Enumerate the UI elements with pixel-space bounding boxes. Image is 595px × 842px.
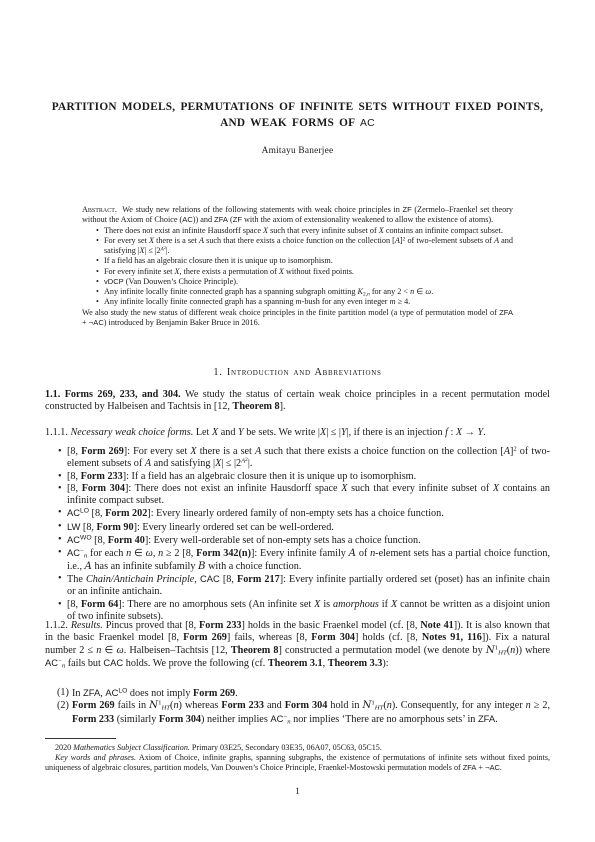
list-item-text: Any infinite locally finite connected gr… (104, 287, 513, 297)
list-item-text: LW [8, Form 90]: Every linearly ordered … (67, 521, 550, 534)
abstract-bullet-item: •vDCP (Van Douwen’s Choice Principle). (82, 277, 513, 287)
results-enumerated-list: (1)In ZFA, ACLO does not imply Form 269.… (45, 687, 550, 726)
list-item-text: ACLO [8, Form 202]: Every linearly order… (67, 507, 550, 520)
list-marker: • (58, 534, 67, 546)
list-item-text: For every infinite set X, there exists a… (104, 267, 513, 277)
list-marker: • (96, 236, 104, 246)
abstract-bullet-item: •Any infinite locally finite connected g… (82, 287, 513, 297)
choice-form-item: •ACWO [8, Form 40]: Every well-orderable… (45, 534, 550, 547)
list-marker: • (58, 521, 67, 533)
paper-page: PARTITION MODELS, PERMUTATIONS OF INFINI… (0, 0, 595, 842)
list-marker: • (58, 507, 67, 519)
list-marker: • (96, 297, 104, 307)
list-marker: • (58, 547, 67, 559)
choice-forms-bullet-list: •[8, Form 269]: For every set X there is… (45, 446, 550, 623)
footnotes: 2020 Mathematics Subject Classification.… (45, 743, 550, 773)
list-item-text: AC−n for each n ∈ ω, n ≥ 2 [8, Form 342(… (67, 547, 550, 573)
abstract-bullet-item: •Any infinite locally finite connected g… (82, 297, 513, 307)
choice-form-item: •LW [8, Form 90]: Every linearly ordered… (45, 521, 550, 534)
subsection-1-1-1-paragraph: 1.1.1. Necessary weak choice forms. Let … (45, 427, 550, 439)
paper-title-line1: PARTITION MODELS, PERMUTATIONS OF INFINI… (0, 100, 595, 116)
choice-form-item: •[8, Form 304]: There does not exist an … (45, 483, 550, 508)
list-item-text: There does not exist an infinite Hausdor… (104, 226, 513, 236)
subsection-1-1-2-paragraph: 1.1.2. Results. Pincus proved that [8, F… (45, 620, 550, 670)
list-marker: • (96, 277, 104, 287)
abstract-bullet-item: •For every infinite set X, there exists … (82, 267, 513, 277)
choice-form-item: •[8, Form 233]: If a field has an algebr… (45, 471, 550, 483)
list-item-text: Any infinite locally finite connected gr… (104, 297, 513, 307)
abstract-bullet-list: •There does not exist an infinite Hausdo… (82, 226, 513, 308)
list-marker: • (96, 256, 104, 266)
footnote-msc: 2020 Mathematics Subject Classification.… (45, 743, 550, 753)
choice-form-item: •AC−n for each n ∈ ω, n ≥ 2 [8, Form 342… (45, 547, 550, 573)
list-marker: • (96, 226, 104, 236)
list-marker: • (58, 446, 67, 458)
subsection-1-1-paragraph: 1.1. Forms 269, 233, and 304. We study t… (45, 389, 550, 414)
abstract-outro: We also study the new status of differen… (82, 308, 513, 329)
paper-title: PARTITION MODELS, PERMUTATIONS OF INFINI… (0, 100, 595, 131)
abstract-bullet-item: •For every set X there is a set A such t… (82, 236, 513, 257)
choice-form-item: •ACLO [8, Form 202]: Every linearly orde… (45, 507, 550, 520)
list-item-text: ACWO [8, Form 40]: Every well-orderable … (67, 534, 550, 547)
list-item-text: vDCP (Van Douwen’s Choice Principle). (104, 277, 513, 287)
list-marker: • (58, 483, 67, 495)
list-item-text: In ZFA, ACLO does not imply Form 269. (72, 687, 550, 700)
abstract-bullet-item: •If a field has an algebraic closure the… (82, 256, 513, 266)
author-name: Amitayu Banerjee (0, 146, 595, 156)
list-marker: (2) (57, 700, 72, 712)
abstract-intro: Abstract. We study new relations of the … (82, 205, 513, 226)
choice-form-item: •[8, Form 269]: For every set X there is… (45, 446, 550, 471)
page-number: 1 (0, 786, 595, 796)
paper-title-line2: AND WEAK FORMS OF AC (0, 116, 595, 132)
list-marker: • (58, 599, 67, 611)
list-item-text: For every set X there is a set A such th… (104, 236, 513, 257)
list-item-text: The Chain/Antichain Principle, CAC [8, F… (67, 573, 550, 599)
abstract-bullet-item: •There does not exist an infinite Hausdo… (82, 226, 513, 236)
result-item: (1)In ZFA, ACLO does not imply Form 269. (45, 687, 550, 700)
list-item-text: [8, Form 304]: There does not exist an i… (67, 483, 550, 508)
section-1-heading: 1. Introduction and Abbreviations (0, 367, 595, 378)
list-marker: • (96, 267, 104, 277)
abstract: Abstract. We study new relations of the … (82, 205, 513, 328)
list-item-text: [8, Form 269]: For every set X there is … (67, 446, 550, 471)
list-marker: • (96, 287, 104, 297)
choice-form-item: •The Chain/Antichain Principle, CAC [8, … (45, 573, 550, 599)
list-item-text: If a field has an algebraic closure then… (104, 256, 513, 266)
list-item-text: Form 269 fails in N1HT(n) whereas Form 2… (72, 700, 550, 726)
list-item-text: [8, Form 233]: If a field has an algebra… (67, 471, 550, 483)
list-marker: • (58, 471, 67, 483)
result-item: (2)Form 269 fails in N1HT(n) whereas For… (45, 700, 550, 726)
list-marker: • (58, 573, 67, 585)
list-marker: (1) (57, 687, 72, 699)
footnote-rule (45, 738, 116, 739)
footnote-keywords: Key words and phrases. Axiom of Choice, … (45, 753, 550, 773)
